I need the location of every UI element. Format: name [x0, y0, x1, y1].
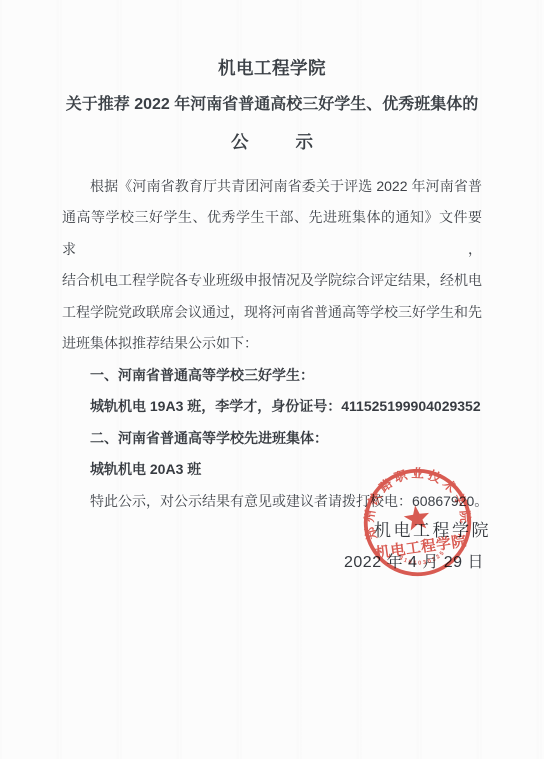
- closing-line: 特此公示，对公示结果有意见或建议者请拨打校电：60867920。: [62, 486, 482, 517]
- document-date: 2022 年 4 月 29 日: [344, 549, 484, 572]
- paragraph-line: 工程学院党政联席会议通过，现将河南省普通高等学校三好学生和先: [62, 297, 482, 328]
- section1-item: 城轨机电 19A3 班，李学才，身份证号：411525199904029352: [62, 391, 482, 422]
- paragraph-line: 结合机电工程学院各专业班级申报情况及学院综合评定结果，经机电: [62, 265, 482, 296]
- section2-heading: 二、河南省普通高等学校先进班集体：: [62, 423, 482, 454]
- document-subtitle-line2: 公示: [0, 129, 544, 154]
- scanned-notice-document: 机电工程学院 关于推荐 2022 年河南省普通高校三好学生、优秀班集体的 公示 …: [0, 0, 544, 759]
- section1-heading: 一、河南省普通高等学校三好学生：: [62, 360, 482, 391]
- document-body: 根据《河南省教育厅共青团河南省委关于评选 2022 年河南省普 通高等学校三好学…: [62, 171, 482, 517]
- document-title: 机电工程学院: [0, 55, 544, 80]
- subtitle2-char-right: 示: [296, 132, 314, 152]
- subtitle2-char-left: 公: [231, 132, 249, 152]
- signature-department: 机电工程学院: [374, 516, 491, 541]
- paragraph-line: 通高等学校三好学生、优秀学生干部、先进班集体的通知》文件要求，: [62, 202, 482, 265]
- paragraph-line: 进班集体拟推荐结果公示如下：: [62, 328, 482, 359]
- document-subtitle: 关于推荐 2022 年河南省普通高校三好学生、优秀班集体的: [0, 91, 544, 114]
- section2-item: 城轨机电 20A3 班: [62, 454, 482, 485]
- paragraph-line: 根据《河南省教育厅共青团河南省委关于评选 2022 年河南省普: [62, 171, 482, 202]
